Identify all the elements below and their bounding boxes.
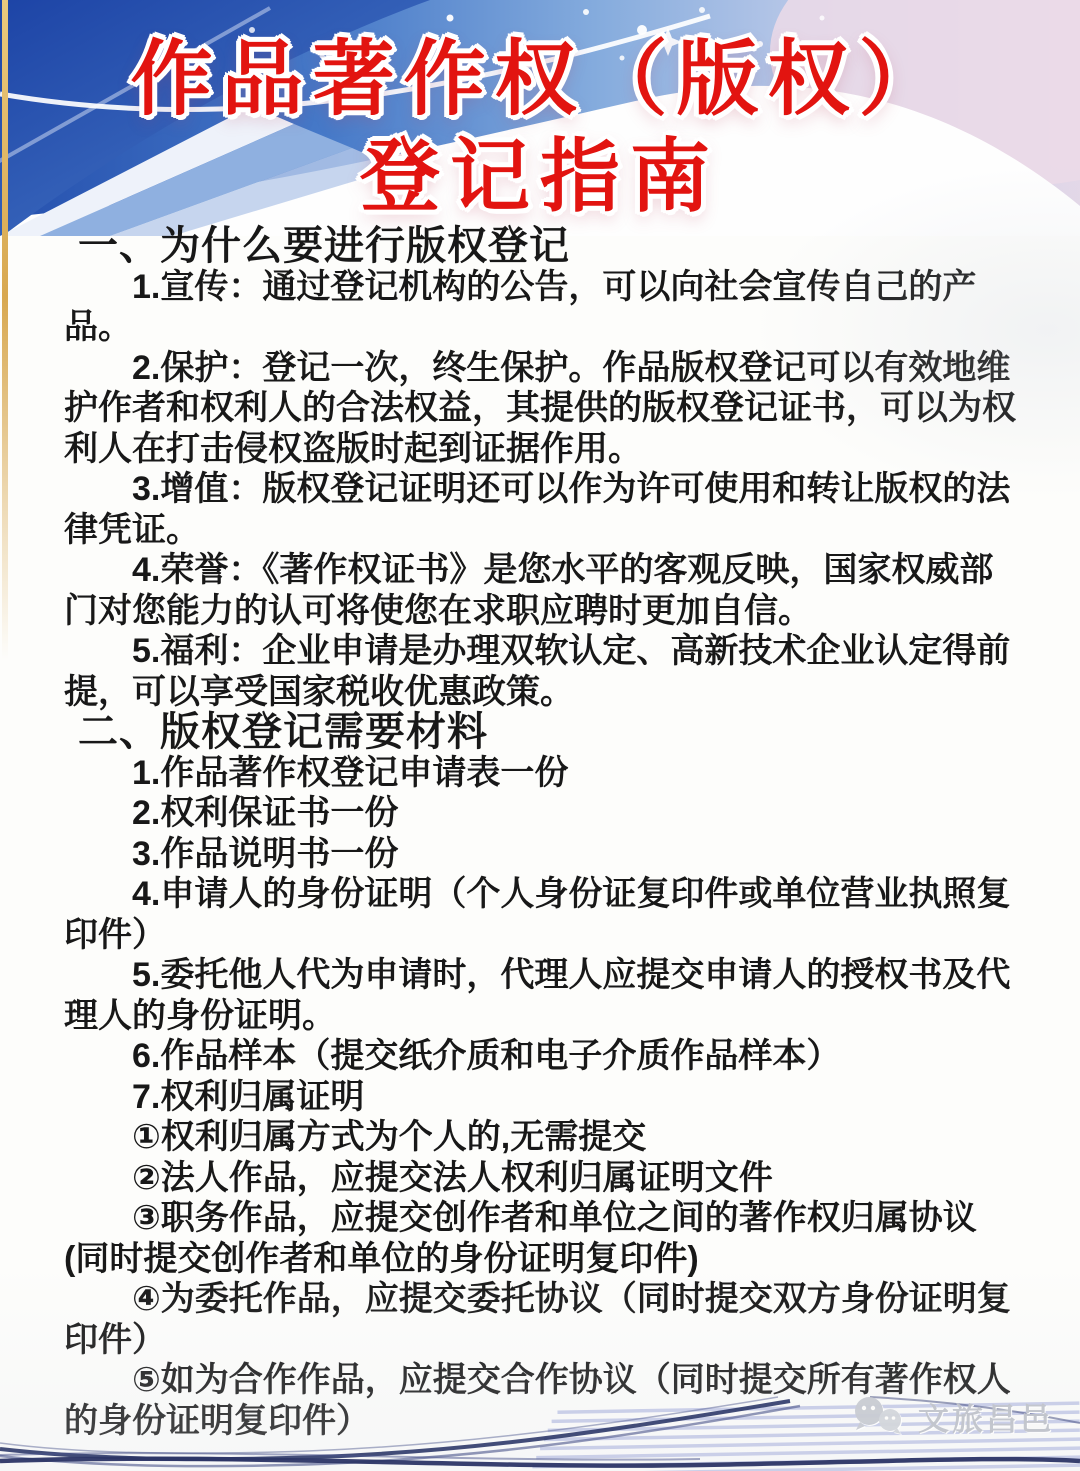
paragraph: 4.申请人的身份证明（个人身份证复印件或单位营业执照复印件） xyxy=(64,874,1022,955)
section-1-heading: 一、为什么要进行版权登记 xyxy=(64,226,1022,267)
document-body: 一、为什么要进行版权登记 1.宣传：通过登记机构的公告，可以向社会宣传自己的产品… xyxy=(64,226,1022,1441)
watermark-label: 文旅昌邑 xyxy=(918,1394,1054,1439)
paragraph: ②法人作品，应提交法人权利归属证明文件 xyxy=(64,1158,1022,1199)
paragraph: 4.荣誉：《著作权证书》是您水平的客观反映，国家权威部门对您能力的认可将使您在求… xyxy=(64,550,1022,631)
paragraph: 7.权利归属证明 xyxy=(64,1077,1022,1118)
poster-header: 作品著作权（版权） 登记指南 xyxy=(0,0,1080,236)
paragraph: ④为委托作品，应提交委托协议（同时提交双方身份证明复印件） xyxy=(64,1279,1022,1360)
paragraph: 2.保护：登记一次，终生保护。作品版权登记可以有效地维护作者和权利人的合法权益，… xyxy=(64,348,1022,470)
wechat-bubbles-icon xyxy=(852,1394,908,1438)
paragraph: ①权利归属方式为个人的,无需提交 xyxy=(64,1117,1022,1158)
paragraph: 6.作品样本（提交纸介质和电子介质作品样本） xyxy=(64,1036,1022,1077)
paragraph: 1.宣传：通过登记机构的公告，可以向社会宣传自己的产品。 xyxy=(64,267,1022,348)
paragraph: 5.福利：企业申请是办理双软认定、高新技术企业认定得前提，可以享受国家税收优惠政… xyxy=(64,631,1022,712)
paragraph: ③职务作品，应提交创作者和单位之间的著作权归属协议(同时提交创作者和单位的身份证… xyxy=(64,1198,1022,1279)
poster-title-line2: 登记指南 xyxy=(0,112,1080,227)
paragraph: 3.增值：版权登记证明还可以作为许可使用和转让版权的法律凭证。 xyxy=(64,469,1022,550)
copyright-guide-poster: 作品著作权（版权） 登记指南 一、为什么要进行版权登记 1.宣传：通过登记机构的… xyxy=(0,0,1080,1471)
paragraph: 1.作品著作权登记申请表一份 xyxy=(64,753,1022,794)
left-gold-frame-edge xyxy=(2,0,8,660)
section-2-heading: 二、版权登记需要材料 xyxy=(64,712,1022,753)
paragraph: 5.委托他人代为申请时，代理人应提交申请人的授权书及代理人的身份证明。 xyxy=(64,955,1022,1036)
paragraph: 3.作品说明书一份 xyxy=(64,834,1022,875)
paragraph: 2.权利保证书一份 xyxy=(64,793,1022,834)
watermark: 文旅昌邑 xyxy=(852,1392,1054,1440)
